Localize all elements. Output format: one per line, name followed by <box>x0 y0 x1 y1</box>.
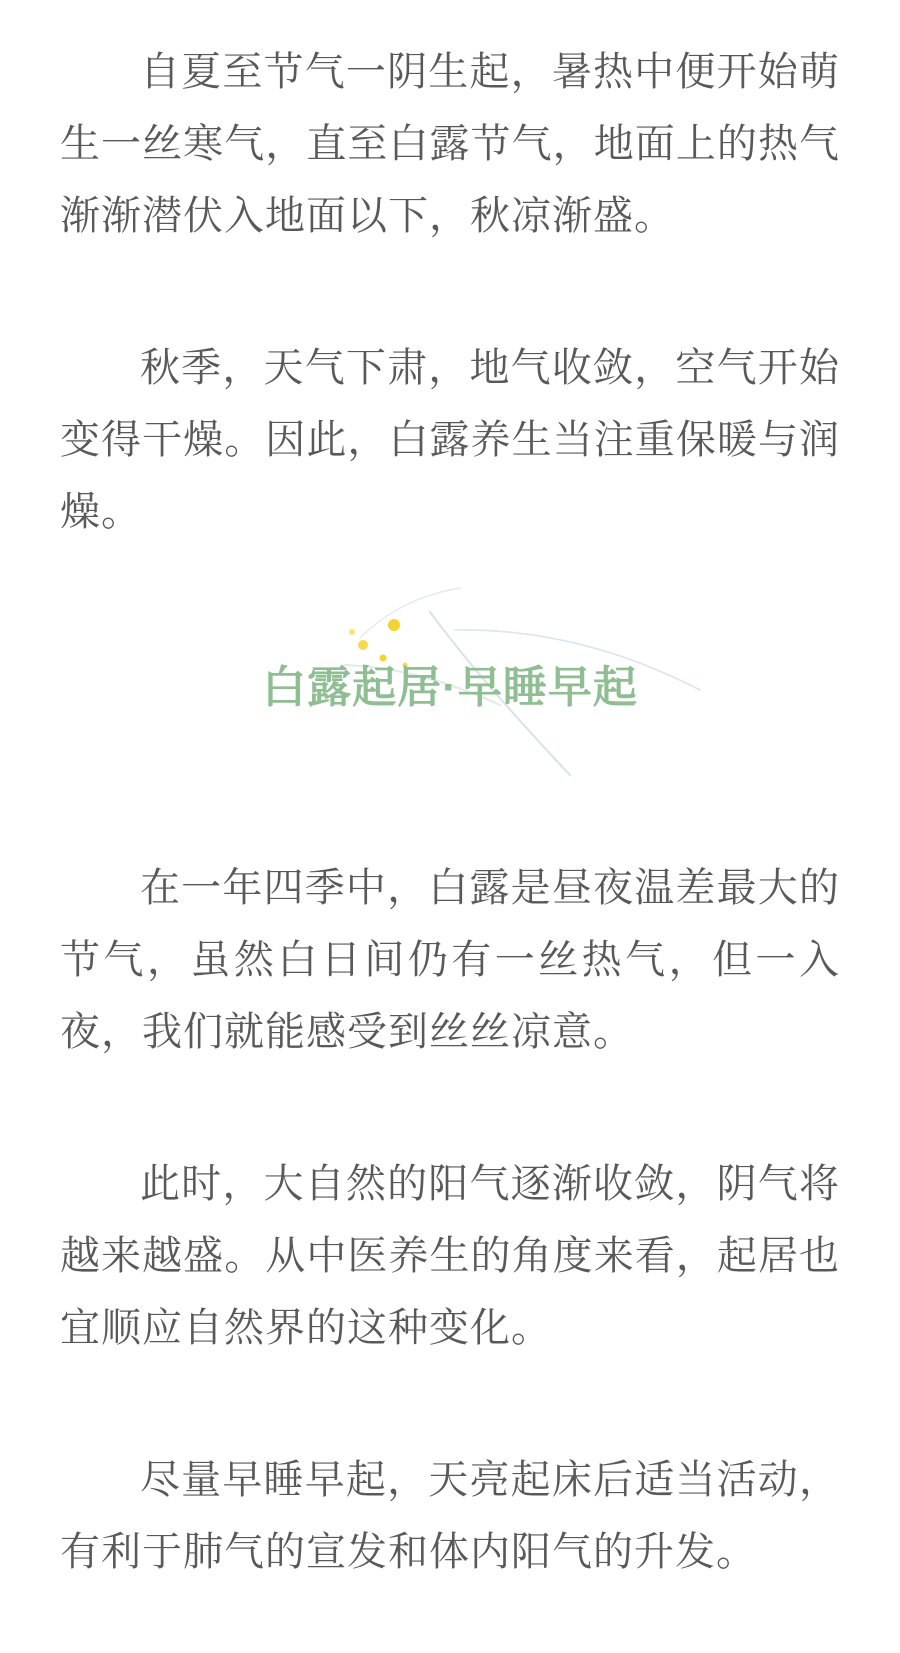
section-heading: 白露起居·早睡早起 <box>60 628 840 718</box>
paragraph-summer-heat: 自夏至节气一阴生起，暑热中便开始萌生一丝寒气，直至白露节气，地面上的热气渐渐潜伏… <box>60 36 840 252</box>
paragraph-early-sleep-early-rise: 尽量早睡早起，天亮起床后适当活动，有利于肺气的宣发和体内阳气的升发。 <box>60 1444 840 1588</box>
paragraph-autumn-dryness: 秋季，天气下肃，地气收敛，空气开始变得干燥。因此，白露养生当注重保暖与润燥。 <box>60 332 840 548</box>
paragraph-yin-yang-change: 此时，大自然的阳气逐渐收敛，阴气将越来越盛。从中医养生的角度来看，起居也宜顺应自… <box>60 1148 840 1364</box>
article-page: 自夏至节气一阴生起，暑热中便开始萌生一丝寒气，直至白露节气，地面上的热气渐渐潜伏… <box>0 0 900 1653</box>
section-heading-block: 白露起居·早睡早起 <box>60 628 840 852</box>
paragraph-day-night-temperature: 在一年四季中，白露是昼夜温差最大的节气，虽然白日间仍有一丝热气，但一入夜，我们就… <box>60 852 840 1068</box>
